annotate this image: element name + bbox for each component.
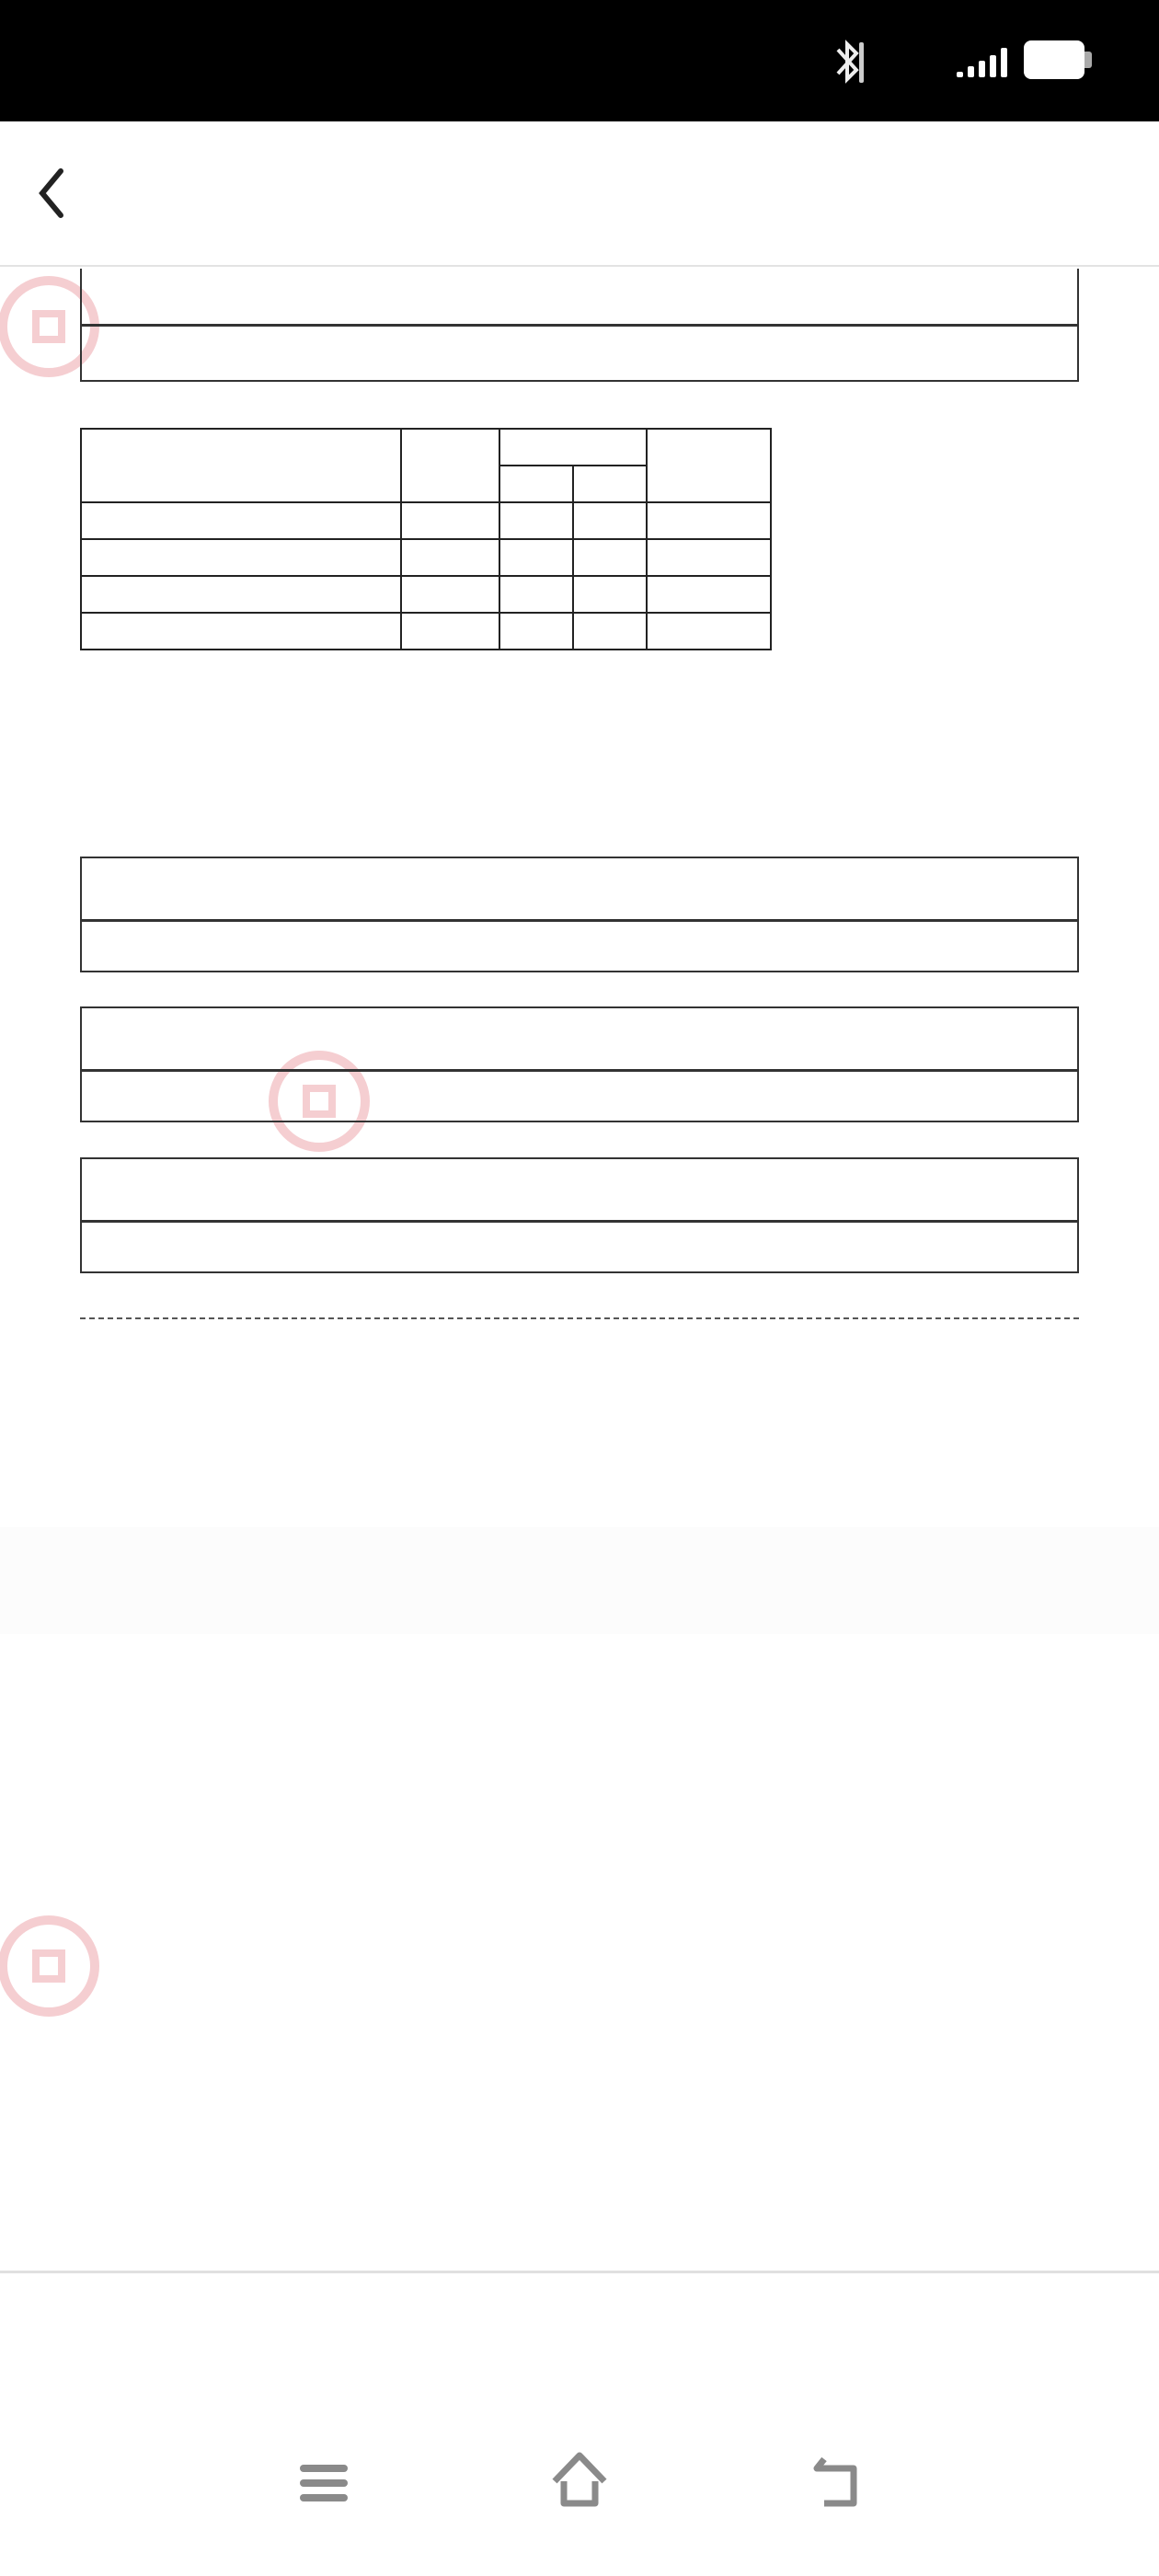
report-document[interactable] (0, 269, 1159, 2271)
menu-icon (293, 2448, 357, 2513)
non-credit-section (80, 857, 1079, 972)
cell (499, 613, 573, 650)
home-icon (547, 2448, 612, 2513)
app-header (0, 121, 1159, 267)
back-button[interactable] (28, 160, 83, 224)
status-bar (0, 0, 1159, 121)
cell (573, 613, 647, 650)
credit-record-section (80, 269, 1079, 382)
dashed-divider (80, 1317, 1079, 1319)
query-record-section (80, 1157, 1079, 1273)
cell (647, 502, 771, 539)
cell (647, 539, 771, 576)
col-loan (499, 429, 647, 466)
bottom-panel (0, 2271, 1159, 2576)
summary-table (80, 428, 772, 650)
system-back-button[interactable] (808, 2448, 872, 2513)
menu-button[interactable] (293, 2448, 357, 2513)
battery-tip (1084, 52, 1092, 68)
divider (82, 1069, 1077, 1072)
table-row (81, 502, 771, 539)
table-corner (81, 429, 401, 502)
col-loan-house (499, 466, 573, 502)
query-table-header (0, 1329, 1159, 1366)
col-loan-other (573, 466, 647, 502)
seal-watermark-icon (0, 1915, 99, 2017)
public-record-section (80, 1006, 1079, 1122)
table-row (81, 576, 771, 613)
cell (573, 539, 647, 576)
col-other-business (647, 429, 771, 502)
divider (82, 1220, 1077, 1223)
col-credit-card (401, 429, 499, 502)
divider (82, 919, 1077, 922)
divider (82, 324, 1077, 327)
home-button[interactable] (547, 2448, 612, 2513)
chevron-left-icon (28, 160, 83, 224)
cell (499, 576, 573, 613)
row-label (81, 502, 401, 539)
page-break (0, 1527, 1159, 1634)
cell (573, 502, 647, 539)
row-label (81, 576, 401, 613)
back-icon (808, 2448, 872, 2513)
cell (573, 576, 647, 613)
cell (647, 576, 771, 613)
cell (401, 539, 499, 576)
cell (647, 613, 771, 650)
row-label (81, 613, 401, 650)
row-label (81, 539, 401, 576)
cell (499, 539, 573, 576)
cell (401, 576, 499, 613)
signal-icon (953, 0, 1017, 121)
cell (499, 502, 573, 539)
cell (401, 502, 499, 539)
table-row (81, 613, 771, 650)
bluetooth-icon (832, 37, 864, 96)
table-row (81, 539, 771, 576)
cell (401, 613, 499, 650)
battery-icon (1024, 40, 1084, 79)
